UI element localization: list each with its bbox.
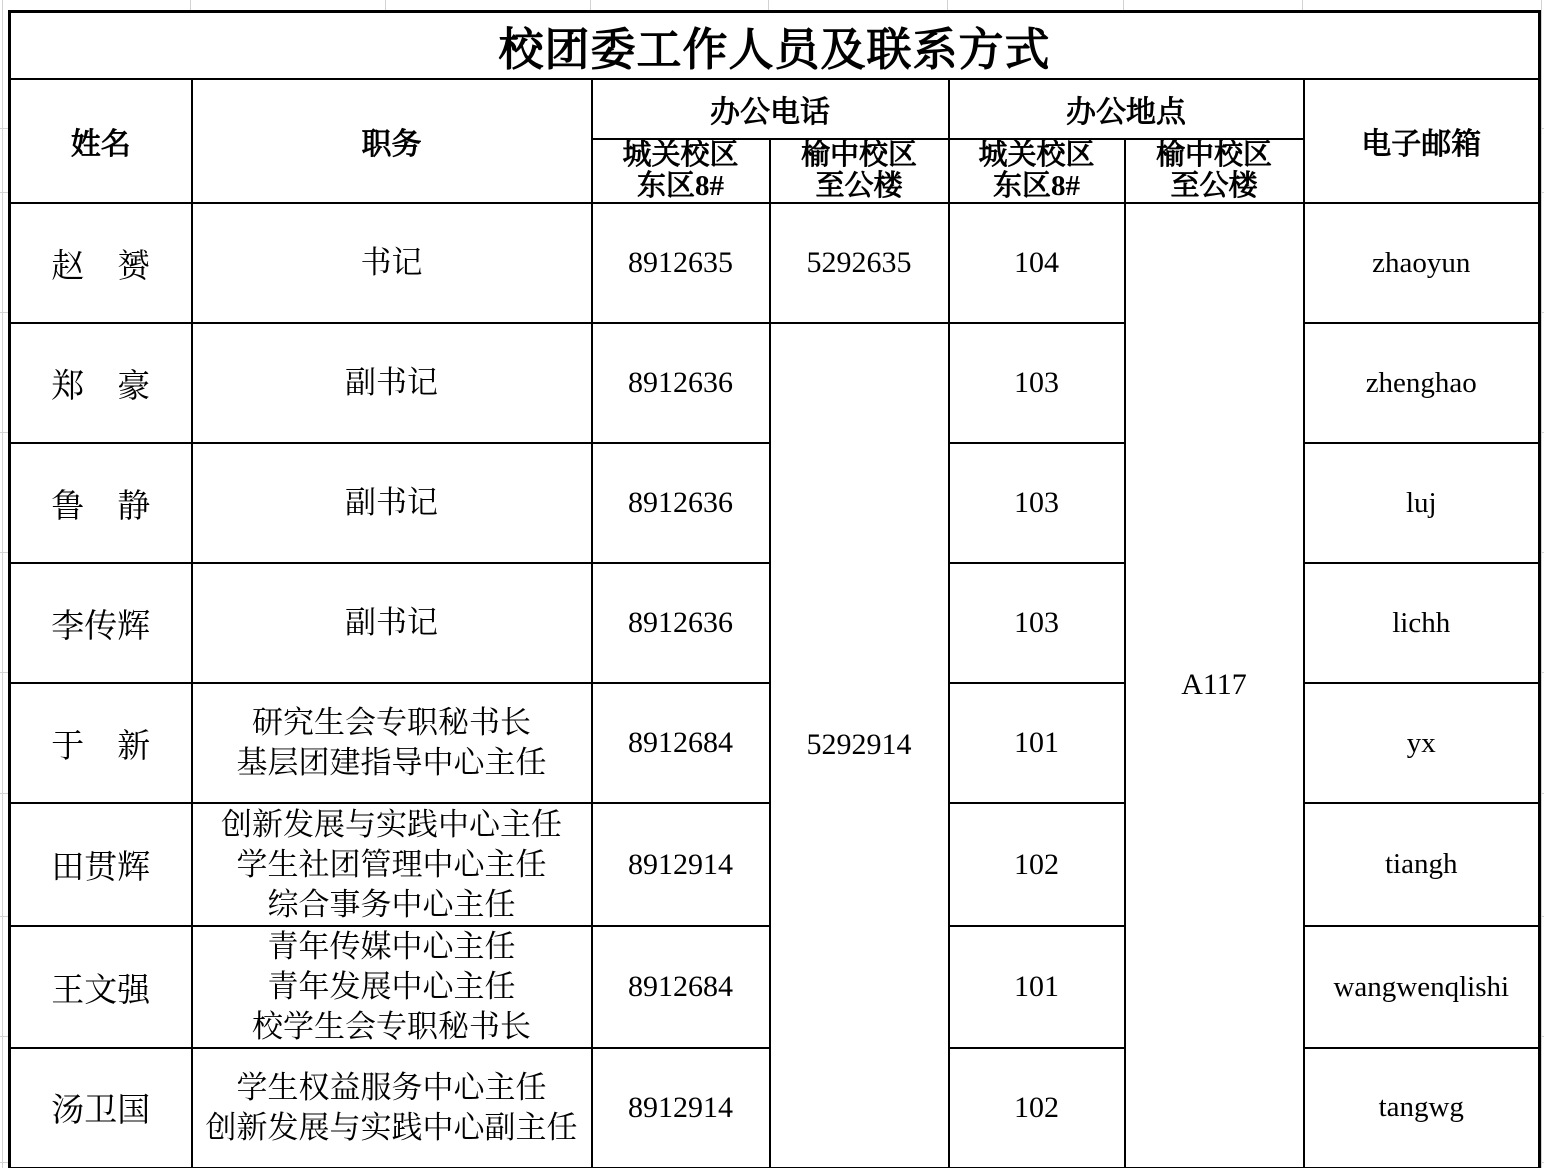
location-chengguan-cell: 103 <box>949 443 1125 563</box>
email-cell: wangwenqlishi <box>1304 926 1540 1048</box>
position-cell: 青年传媒中心主任 青年发展中心主任 校学生会专职秘书长 <box>192 926 592 1048</box>
sheet-gridline <box>947 0 948 10</box>
phone-chengguan-cell: 8912636 <box>592 323 770 443</box>
sheet-gridline <box>385 0 386 10</box>
location-chengguan-cell: 103 <box>949 563 1125 683</box>
name-cell: 汤卫国 <box>10 1048 192 1168</box>
email-cell: lichh <box>1304 563 1540 683</box>
sheet-gridline <box>1123 0 1124 10</box>
phone-yuzhong-cell: 5292635 <box>770 203 949 323</box>
subheader-location-chengguan: 城关校区 东区8# <box>949 139 1125 203</box>
phone-chengguan-cell: 8912914 <box>592 803 770 926</box>
email-cell: tangwg <box>1304 1048 1540 1168</box>
name-cell: 郑 豪 <box>10 323 192 443</box>
position-cell: 副书记 <box>192 443 592 563</box>
location-chengguan-cell: 103 <box>949 323 1125 443</box>
name-cell: 田贯辉 <box>10 803 192 926</box>
subheader-location-yuzhong: 榆中校区 至公楼 <box>1125 139 1304 203</box>
phone-yuzhong-merged-cell: 5292914 <box>770 323 949 1168</box>
location-chengguan-cell: 101 <box>949 683 1125 803</box>
table-row: 郑 豪 副书记 8912636 5292914 103 zhenghao <box>10 323 1540 443</box>
name-cell: 王文强 <box>10 926 192 1048</box>
sheet-gridline <box>1541 0 1542 1168</box>
email-cell: tiangh <box>1304 803 1540 926</box>
sheet-gridline <box>190 0 191 10</box>
header-row-1: 姓名 职务 办公电话 办公地点 电子邮箱 <box>10 79 1540 139</box>
phone-chengguan-cell: 8912914 <box>592 1048 770 1168</box>
phone-chengguan-cell: 8912684 <box>592 683 770 803</box>
location-chengguan-cell: 101 <box>949 926 1125 1048</box>
name-cell: 赵 赟 <box>10 203 192 323</box>
table-row: 赵 赟 书记 8912635 5292635 104 A117 zhaoyun <box>10 203 1540 323</box>
subheader-phone-yuzhong: 榆中校区 至公楼 <box>770 139 949 203</box>
position-cell: 研究生会专职秘书长 基层团建指导中心主任 <box>192 683 592 803</box>
email-cell: zhenghao <box>1304 323 1540 443</box>
location-chengguan-cell: 102 <box>949 803 1125 926</box>
table-title: 校团委工作人员及联系方式 <box>10 12 1540 80</box>
sheet-gridline <box>768 0 769 10</box>
phone-chengguan-cell: 8912636 <box>592 443 770 563</box>
location-chengguan-cell: 104 <box>949 203 1125 323</box>
sheet-gridline <box>1302 0 1303 10</box>
position-cell: 副书记 <box>192 323 592 443</box>
sheet-gridline <box>2 0 3 1168</box>
location-chengguan-cell: 102 <box>949 1048 1125 1168</box>
phone-chengguan-cell: 8912635 <box>592 203 770 323</box>
subheader-phone-chengguan: 城关校区 东区8# <box>592 139 770 203</box>
position-cell: 副书记 <box>192 563 592 683</box>
name-cell: 李传辉 <box>10 563 192 683</box>
phone-chengguan-cell: 8912636 <box>592 563 770 683</box>
phone-chengguan-cell: 8912684 <box>592 926 770 1048</box>
col-header-email: 电子邮箱 <box>1304 79 1540 203</box>
email-cell: luj <box>1304 443 1540 563</box>
email-cell: yx <box>1304 683 1540 803</box>
title-row: 校团委工作人员及联系方式 <box>10 12 1540 80</box>
col-header-location-group: 办公地点 <box>949 79 1304 139</box>
staff-contact-table: 校团委工作人员及联系方式 姓名 职务 办公电话 办公地点 电子邮箱 城关校区 东… <box>8 10 1541 1168</box>
name-cell: 鲁 静 <box>10 443 192 563</box>
location-yuzhong-merged-cell: A117 <box>1125 203 1304 1168</box>
position-cell: 书记 <box>192 203 592 323</box>
name-cell: 于 新 <box>10 683 192 803</box>
spreadsheet-sheet: 校团委工作人员及联系方式 姓名 职务 办公电话 办公地点 电子邮箱 城关校区 东… <box>0 0 1544 1168</box>
col-header-name: 姓名 <box>10 79 192 203</box>
email-cell: zhaoyun <box>1304 203 1540 323</box>
position-cell: 学生权益服务中心主任 创新发展与实践中心副主任 <box>192 1048 592 1168</box>
position-cell: 创新发展与实践中心主任 学生社团管理中心主任 综合事务中心主任 <box>192 803 592 926</box>
col-header-position: 职务 <box>192 79 592 203</box>
col-header-phone-group: 办公电话 <box>592 79 949 139</box>
sheet-gridline <box>590 0 591 10</box>
